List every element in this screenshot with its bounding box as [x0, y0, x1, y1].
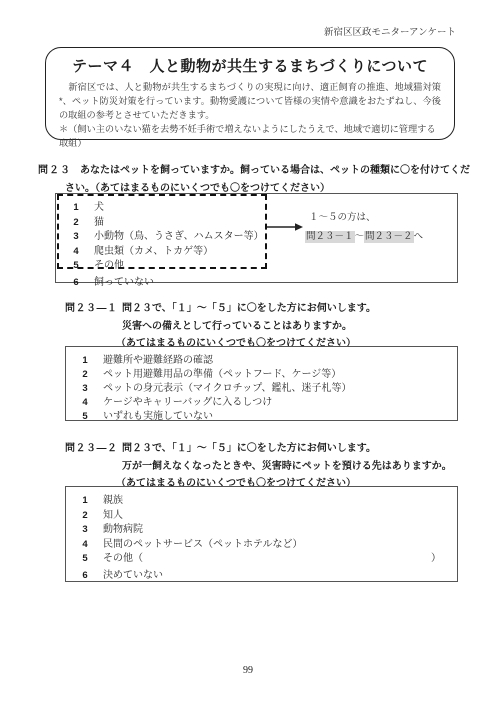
theme-title-box: テーマ４ 人と動物が共生するまちづくりについて 新宿区では、人と動物が共生するま… — [45, 47, 455, 140]
option-label: 決めていない — [103, 566, 163, 581]
option-row-evacuation-supplies: 2 ペット用避難用品の準備（ペットフード、ケージ等） — [80, 365, 457, 379]
question-23-1-text: 災害への備えとして行っていることはありますか。 — [122, 321, 352, 332]
option-row-pet-id: 3 ペットの身元表示（マイクロチップ、鑑札、迷子札等） — [80, 379, 457, 393]
option-label: 小動物（鳥、うさぎ、ハムスター等） — [94, 227, 264, 242]
option-number: 5 — [80, 411, 90, 422]
option-label: 犬 — [94, 198, 104, 213]
theme-title: テーマ４ 人と動物が共生するまちづくりについて — [59, 55, 441, 76]
writein-close-paren: ） — [431, 549, 441, 564]
question-23-heading: 問２３あなたはペットを飼っていますか。飼っている場合は、ペットの種類に〇を付けて… — [38, 162, 470, 197]
option-label: ケージやキャリーバッグに入るしつけ — [103, 393, 272, 408]
option-row-cage-training: 4 ケージやキャリーバッグに入るしつけ — [80, 393, 457, 407]
branch-tilde: ～ — [355, 232, 365, 242]
option-row-vet-hospital: 3 動物病院 — [80, 520, 457, 535]
question-23-2-heading: 問２３—２問２３で、「１」～「５」に〇をした方にお伺いします。 万が一飼えなくな… — [65, 440, 475, 493]
option-number: 2 — [80, 510, 90, 521]
option-label: 猫 — [94, 213, 104, 228]
option-row-other: 5 その他 — [71, 256, 457, 271]
option-label: その他 — [94, 256, 124, 271]
option-number: 4 — [71, 246, 81, 257]
option-label: 動物病院 — [103, 520, 143, 535]
question-23-text-line2: さい。 — [65, 183, 95, 194]
theme-description: 新宿区では、人と動物が共生するまちづくりの実現に向け、適正飼育の推進、地域猫対策… — [59, 80, 441, 122]
theme-footnote: ＊（飼い主のいない猫を去勢不妊手術で増えないようにしたうえで、地域で適切に管理す… — [59, 122, 441, 150]
option-row-relatives: 1 親族 — [80, 491, 457, 506]
option-row-pet-service: 4 民間のペットサービス（ペットホテルなど） — [80, 535, 457, 550]
question-23-2-label: 問２３—２ — [65, 440, 122, 458]
question-23-2-options-box: 1 親族 2 知人 3 動物病院 4 民間のペットサービス（ペットホテルなど） … — [65, 486, 458, 582]
question-23-1-intro: 問２３で、「１」～「５」に〇をした方にお伺いします。 — [122, 303, 376, 314]
question-23-label: 問２３ — [38, 165, 71, 176]
option-label: いずれも実施していない — [103, 407, 213, 422]
option-row-other-writein: 5 その他（ ） — [80, 549, 457, 564]
option-label: 親族 — [103, 491, 123, 506]
question-23-1-heading: 問２３—１問２３で、「１」～「５」に〇をした方にお伺いします。 災害への備えとし… — [65, 300, 475, 353]
question-23-2-text: 万が一飼えなくなったときや、災害時にペットを預ける先はありますか。 — [122, 461, 452, 472]
question-23-1-options-box: 1 避難所や避難経路の確認 2 ペット用避難用品の準備（ペットフード、ケージ等）… — [65, 346, 458, 421]
questionnaire-page: 新宿区区政モニターアンケート テーマ４ 人と動物が共生するまちづくりについて 新… — [0, 0, 496, 702]
option-number: 6 — [80, 570, 90, 581]
option-number: 3 — [71, 231, 81, 242]
option-row-none: 5 いずれも実施していない — [80, 407, 457, 421]
question-23-text-line1: あなたはペットを飼っていますか。飼っている場合は、ペットの種類に〇を付けてくだ — [80, 165, 470, 176]
branch-target-q23-2: 問２３－２ — [364, 231, 414, 243]
branch-note-line2: 問２３－１～問２３－２へ — [305, 228, 423, 247]
option-label: ペット用避難用品の準備（ペットフード、ケージ等） — [103, 365, 341, 380]
option-number: 1 — [71, 202, 81, 213]
document-header: 新宿区区政モニターアンケート — [0, 24, 456, 38]
option-label: ペットの身元表示（マイクロチップ、鑑札、迷子札等） — [103, 379, 352, 394]
option-row-acquaintance: 2 知人 — [80, 506, 457, 521]
option-number: 4 — [80, 539, 90, 550]
option-row-no-pet: 6 飼っていない — [71, 273, 457, 288]
option-label: 飼っていない — [94, 273, 154, 288]
branch-target-q23-1: 問２３－１ — [305, 231, 355, 243]
option-label: 民間のペットサービス（ペットホテルなど） — [103, 535, 303, 550]
option-label: 避難所や避難経路の確認 — [103, 351, 213, 366]
branch-note-line1: １～５の方は、 — [305, 209, 423, 228]
branch-arrow-icon — [267, 221, 303, 233]
option-label: 爬虫類（カメ、トカゲ等） — [94, 242, 213, 257]
branch-note: １～５の方は、 問２３－１～問２３－２へ — [305, 209, 423, 246]
option-number: 6 — [71, 277, 81, 288]
option-row-undecided: 6 決めていない — [80, 566, 457, 581]
option-label: その他（ — [103, 549, 143, 564]
option-number: 2 — [71, 217, 81, 228]
question-23-instruction: （あてはまるものにいくつでも〇をつけてください） — [95, 183, 330, 194]
branch-suffix: へ — [414, 232, 424, 242]
option-label: 知人 — [103, 506, 123, 521]
question-23-1-label: 問２３—１ — [65, 300, 122, 318]
option-number: 5 — [71, 260, 81, 271]
page-number: 99 — [0, 665, 496, 676]
option-number: 5 — [80, 553, 90, 564]
question-23-2-intro: 問２３で、「１」～「５」に〇をした方にお伺いします。 — [122, 443, 376, 454]
option-row-evacuation-route: 1 避難所や避難経路の確認 — [80, 351, 457, 365]
option-number: 3 — [80, 524, 90, 535]
option-number: 1 — [80, 495, 90, 506]
